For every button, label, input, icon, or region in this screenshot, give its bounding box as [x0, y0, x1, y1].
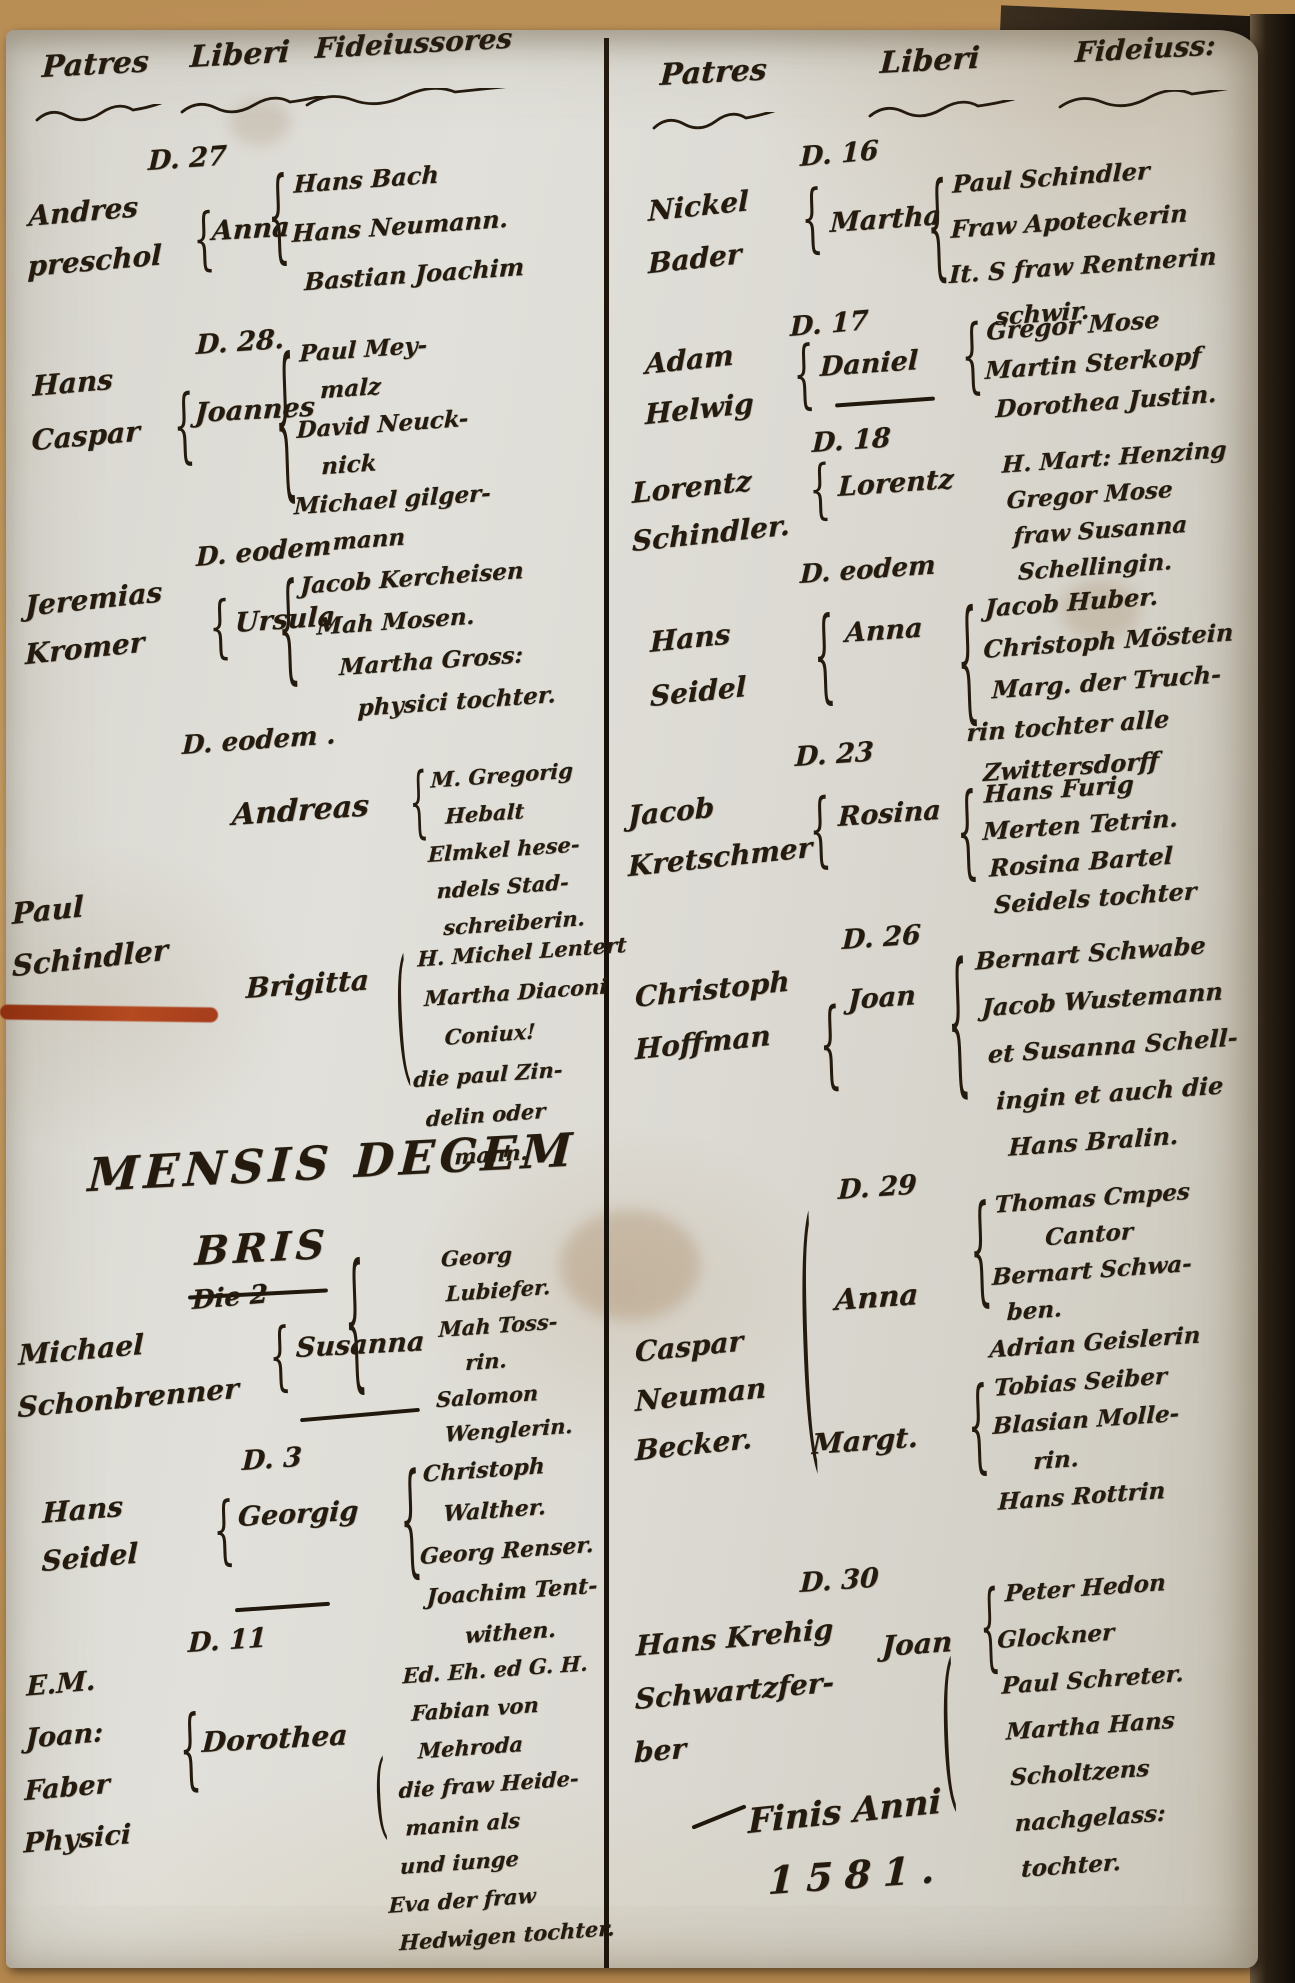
father-line: Joan:: [25, 1704, 133, 1766]
flourish-underline: [1058, 90, 1248, 114]
brace-icon: {: [968, 1191, 994, 1311]
father-name: Hans Seidel: [650, 606, 746, 725]
father-line: Hans: [32, 350, 141, 414]
column-header-liberi: Liberi: [189, 35, 290, 75]
brace-icon: {: [266, 165, 291, 268]
child-name: Joan: [847, 980, 916, 1016]
entry-date: D. 26: [841, 919, 921, 956]
sponsor-list: Gregor Mose Martin Sterkopf Dorothea Jus…: [983, 295, 1220, 429]
sponsor-list: H. Mart: Henzing Gregor Mose fraw Susann…: [997, 432, 1227, 592]
column-header-liberi: Liberi: [879, 41, 980, 81]
sponsor-list: Jacob Kercheisen Mah Mosen. Martha Gross…: [295, 547, 561, 734]
brace-icon: {: [966, 1375, 991, 1478]
flourish-underline: [868, 100, 1018, 122]
entry-date: D. 11: [187, 1622, 267, 1659]
entry-date: D. 3: [241, 1442, 302, 1477]
child-name: Anna: [834, 1277, 918, 1317]
brace-icon: {: [268, 1319, 292, 1395]
father-name: Lorentz Schindler.: [632, 453, 790, 566]
brace-icon: {: [818, 997, 843, 1093]
entry-date: D. 29: [837, 1169, 917, 1206]
brace-icon: {: [960, 315, 984, 397]
father-line: Seidel: [650, 660, 746, 724]
brace-icon: {: [178, 1705, 203, 1794]
sponsor-list: Thomas Cmpes Cantor Bernart Schwa- ben. …: [989, 1173, 1206, 1369]
child-name: Georgig: [237, 1496, 359, 1533]
brace-icon: {: [955, 781, 980, 884]
father-line: Physici: [23, 1809, 131, 1871]
father-line: Bader: [648, 227, 749, 290]
brace-icon: {: [955, 595, 981, 728]
father-name: Jacob Kretschmer: [628, 772, 812, 892]
brace-icon: {: [408, 765, 430, 844]
sponsor-list: Ed. Eh. ed G. H. Fabian von Mehroda die …: [393, 1642, 625, 1963]
section-heading-bris: BRIS: [194, 1221, 331, 1275]
brace-icon: {: [212, 1493, 236, 1569]
father-name: Adam Helwig: [645, 328, 754, 440]
brace-icon: {: [808, 789, 832, 871]
brace-icon: {: [792, 337, 816, 413]
father-name: Nickel Bader: [648, 175, 749, 290]
entry-date: D. 23: [794, 736, 874, 773]
father-name: Paul Schindler: [12, 871, 168, 992]
manuscript-page-scan: Patres Liberi Fideiussores D. 27 Andres …: [0, 0, 1295, 1983]
sponsor-list: Tobias Seiber Blasian Molle- rin. Hans R…: [989, 1357, 1181, 1523]
father-line: Seidel: [41, 1530, 138, 1587]
sponsor-list: Hans Furig Merten Tetrin. Rosina Bartel …: [979, 761, 1201, 925]
father-name: Hans Krehig Schwartzfer- ber: [634, 1602, 836, 1779]
entry-date: D. 30: [799, 1562, 879, 1599]
brace-icon: {: [808, 457, 832, 522]
child-name: Anna: [844, 613, 923, 650]
brace-icon: {: [800, 181, 824, 257]
column-header-patres: Patres: [659, 52, 768, 93]
father-line: Faber: [24, 1757, 132, 1819]
father-name: Jeremias Kromer: [25, 568, 162, 679]
father-name: Michael Schonbrenner: [17, 1310, 240, 1434]
father-name: Caspar Neuman Becker.: [635, 1314, 766, 1476]
father-name: Andres preschol: [27, 180, 163, 292]
sponsor-list: M. Gregorig Hebalt Elmkel hese- ndels St…: [425, 750, 591, 947]
father-line: E.M.: [26, 1652, 134, 1714]
sponsor-list: Peter Hedon Glockner Paul Schreter. Mart…: [994, 1558, 1187, 1894]
sponsor-list: Christoph Walther. Georg Renser. Joachim…: [416, 1442, 602, 1661]
sponsor-list: Hans Bach Hans Neumann. Bastian Joachim: [289, 143, 528, 307]
red-ink-mark: [0, 1004, 218, 1022]
sponsor-list: Bernart Schwabe Jacob Wustemann et Susan…: [968, 919, 1242, 1174]
brace-icon: {: [208, 593, 232, 662]
sponsor-list: Georg Lubiefer. Mah Toss- rin. Salomon W…: [434, 1232, 579, 1453]
flourish-underline: [305, 88, 535, 112]
column-header-patres: Patres: [41, 44, 150, 85]
father-name: Hans Caspar: [31, 350, 141, 468]
father-name: Christoph Hoffman: [635, 955, 789, 1076]
flourish-underline: [35, 104, 165, 126]
brace-icon: {: [812, 605, 837, 708]
brace-icon: {: [172, 385, 196, 467]
father-name: E.M. Joan: Faber Physici: [23, 1652, 134, 1871]
brace-icon: {: [925, 169, 951, 285]
father-name: Hans Seidel: [41, 1481, 139, 1586]
flourish-underline: [652, 112, 777, 134]
father-line: Hans: [42, 1481, 139, 1538]
father-line: Caspar: [31, 405, 140, 469]
sponsor-list: Paul Mey- malz David Neuck- nick Michael…: [292, 322, 497, 565]
entry-date: D. 27: [147, 140, 227, 177]
paper-stain: [560, 1210, 700, 1320]
